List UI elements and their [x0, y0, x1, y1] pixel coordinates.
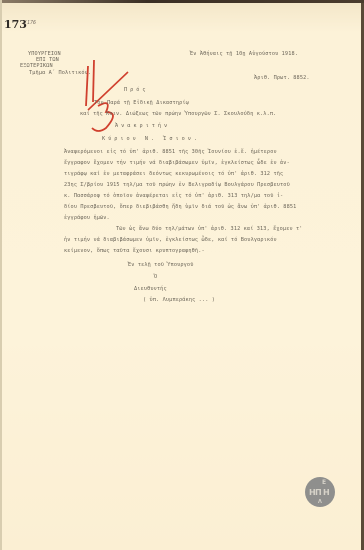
folio-sub-number: /176: [24, 20, 36, 26]
body-p2-line-1: Τῶν ὡς ἄνω δύο τηλ/μάτων ὑπ' ἀριθ. 312 κ…: [116, 226, 303, 232]
recipient-title: Ἀνακριτήν: [115, 123, 170, 129]
recipient-line-1: Τόν Παρά τῇ Εἰδικῇ Δικαστηρίῳ: [94, 100, 189, 106]
body-p1-line-6: δίου Πρεσβευτοῦ, ὅπερ διεβιβάσθη ἤδη ὑμῖ…: [64, 204, 296, 210]
body-p2-line-2: ἡν τιμήν νά διαβιβάσωμεν ὑμῖν, ἐγκλείστω…: [64, 237, 277, 243]
signature-title: Διευθυντής: [134, 286, 167, 292]
recipient-line-2: καί τῆς Κοιν. Διώξεως τῶν πρώην Ὑπουργῶν…: [80, 111, 276, 117]
archive-stamp-icon: Η Π Η Ε Λ: [305, 477, 335, 507]
body-p1-line-4: 23ης Σ/βρίου 1915 τηλ/μα τοῦ πρώην ἐν Βε…: [64, 182, 290, 188]
body-p1-line-7: ἐγγράφου ἡμῶν.: [64, 215, 110, 221]
body-p2-line-3: κείμενον, ὅπως ταῦτα ἔχουσι κρυπτογραφηθ…: [64, 248, 205, 254]
to-label: Πρός: [124, 87, 149, 93]
document-page: 173 /176 ΥΠΟΥΡΓΕΙΟΝ ΕΠΙ ΤΩΝ ΕΞΩΤΕΡΙΚΩΝ Τ…: [0, 0, 364, 550]
place-date: Ἐν Ἀθήναις τῇ 10ῃ Αὐγούστου 1918.: [190, 51, 298, 57]
body-p1-line-5: κ. Πασσάροφ τό ὁποῖον ἀναφέρεται εἰς τό …: [64, 193, 283, 199]
signature-name: ( ὑπ. Λυμπεράκης ... ): [143, 297, 215, 303]
salutation: Κύριον Ν. Ἰσιον.: [102, 136, 200, 142]
sender-line-3: ΕΞΩΤΕΡΙΚΩΝ: [20, 63, 53, 69]
scan-top-edge: [2, 0, 364, 3]
body-p1-line-2: ἔγγραφον ἔχομεν τήν τιμήν νά διαβιβάσωμε…: [64, 160, 290, 166]
signature-line-2: Ὁ: [154, 274, 157, 280]
sender-line-4: Τμῆμα Α΄ Πολιτικόν.: [29, 70, 91, 76]
signature-line-1: Ἐν τελῇ τοῦ Ὑπουργοῦ: [128, 262, 193, 268]
body-p1-line-3: τιγράφῳ καί ἐν μεταφράσει δεόντως κεκυρω…: [64, 171, 283, 177]
protocol-number: Ἀριθ. Πρωτ. 8852.: [254, 75, 310, 81]
body-p1-line-1: Ἀναφερόμενοι εἰς τό ὑπ' ἀριθ. 8851 τῆς 3…: [64, 149, 277, 155]
